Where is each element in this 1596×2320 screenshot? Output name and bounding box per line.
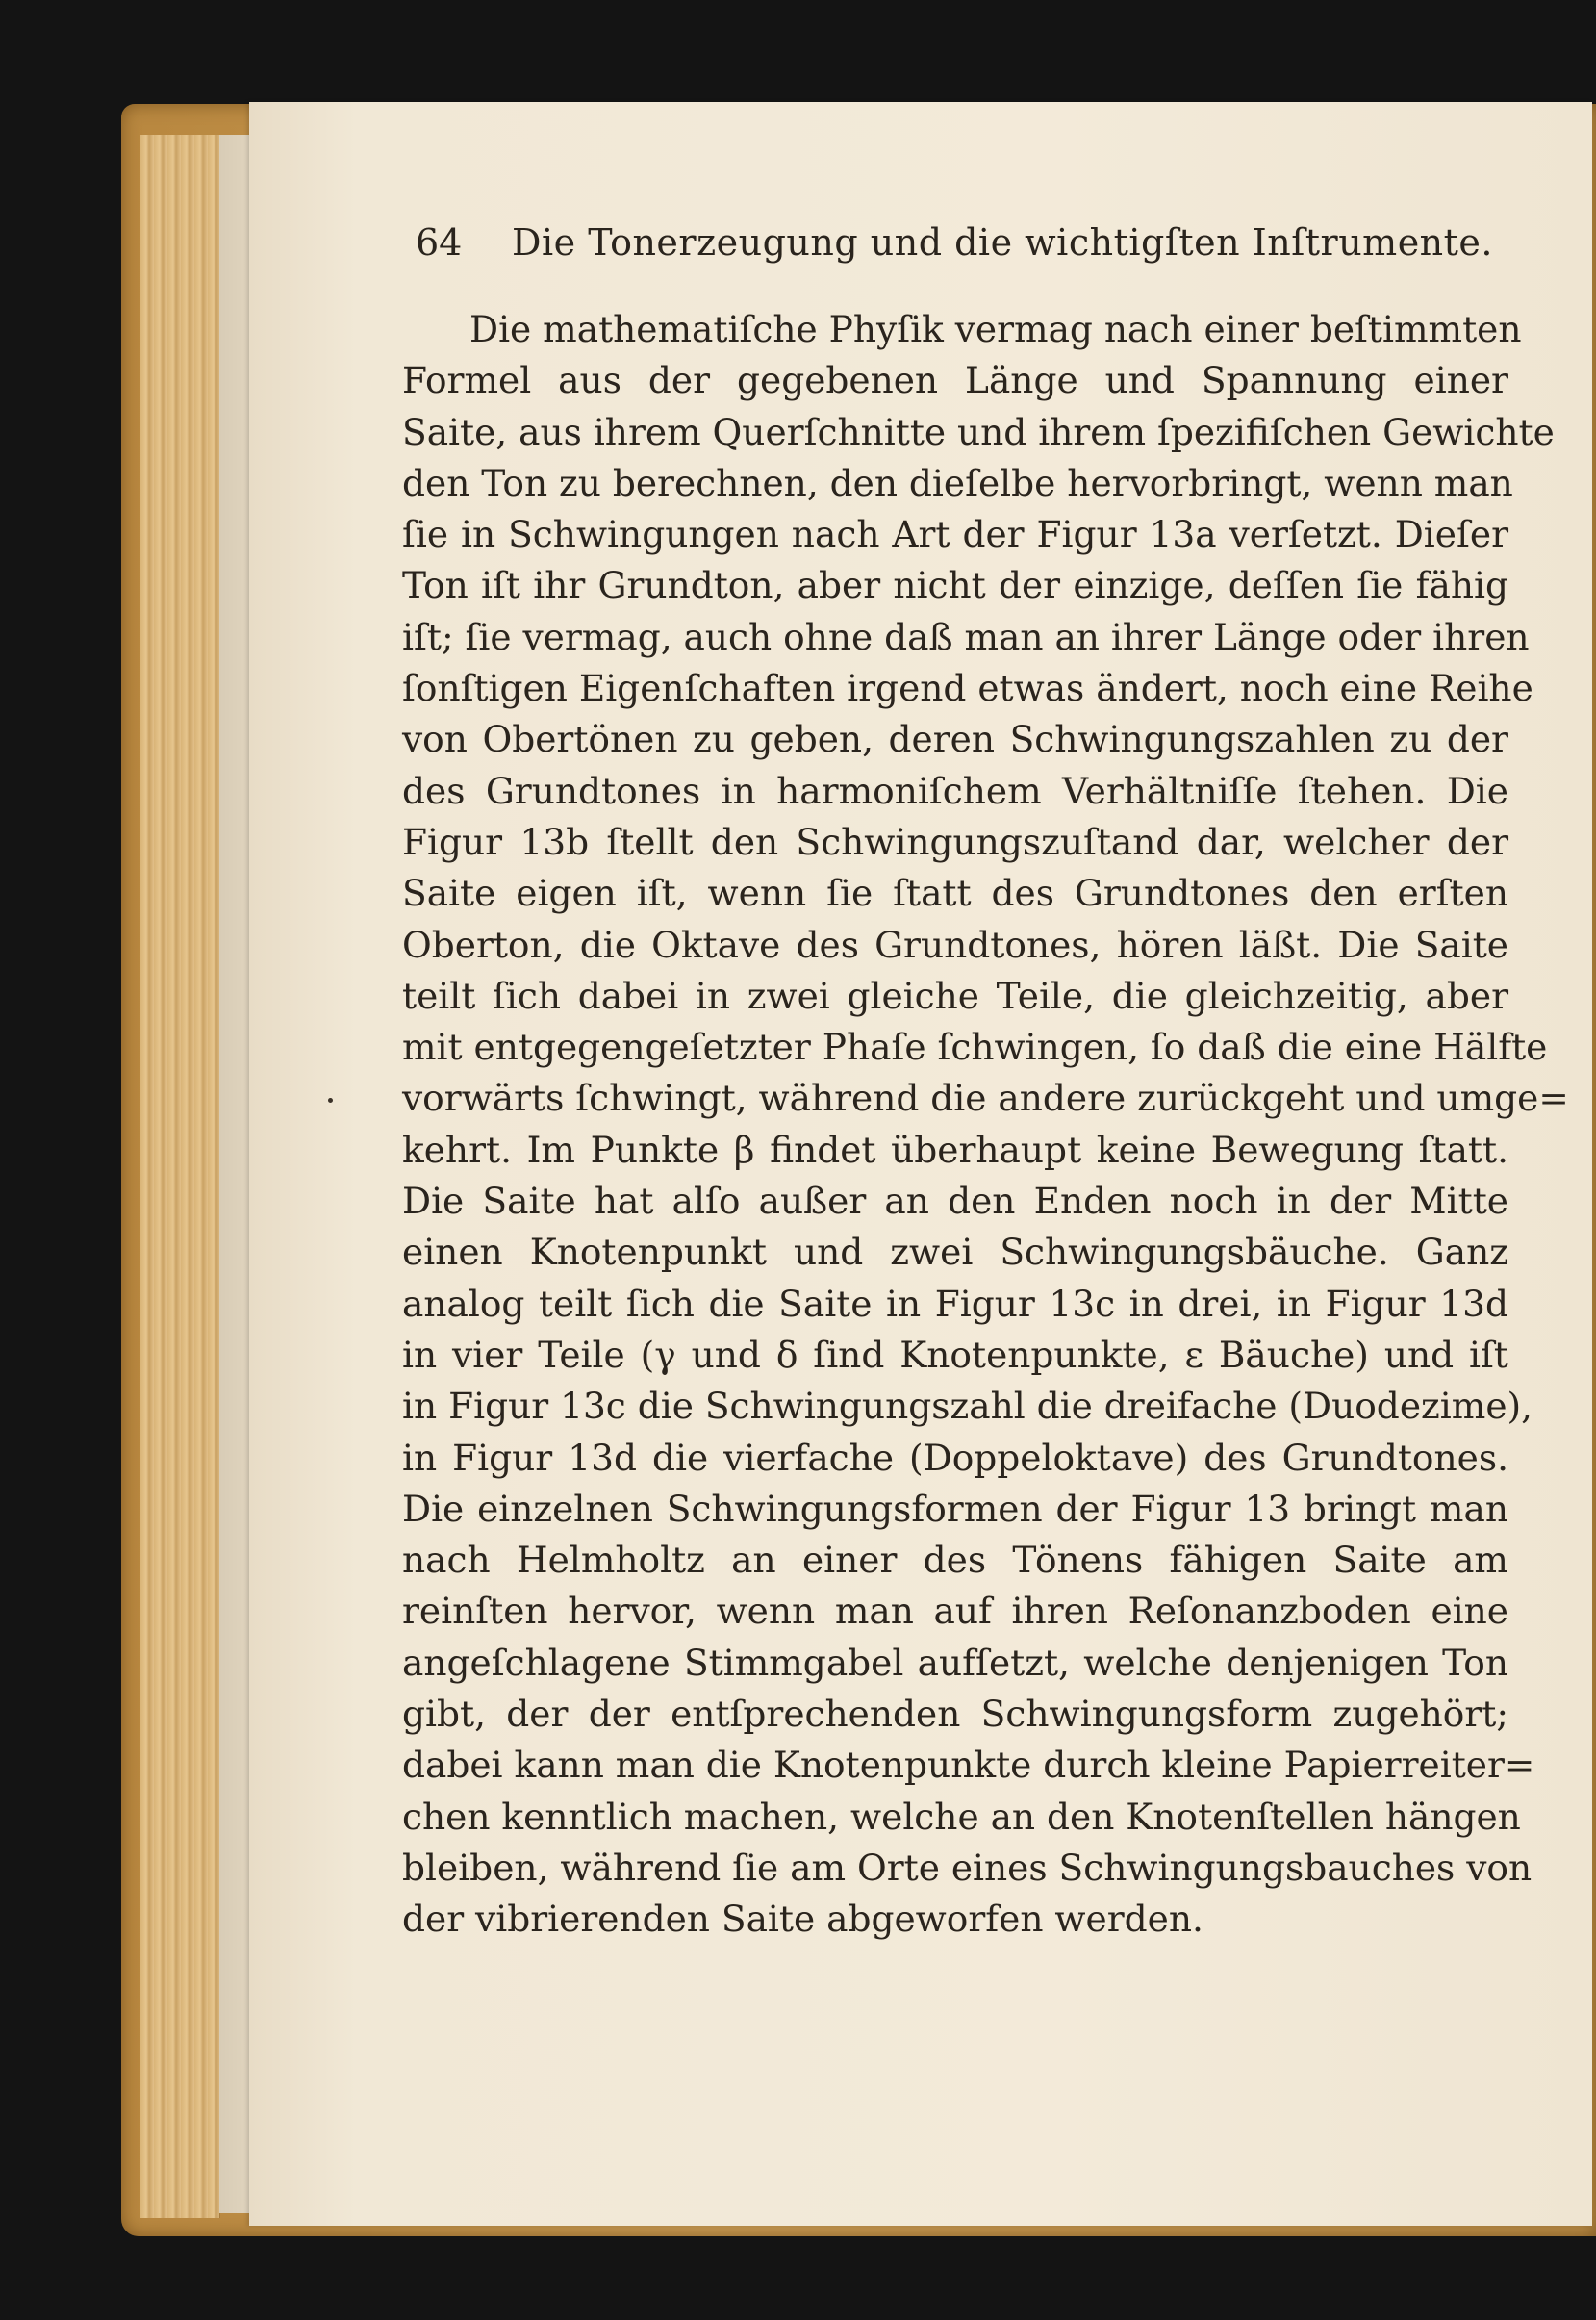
text-line: von Obertönen zu geben, deren Schwingung…	[402, 714, 1508, 765]
text-line: ſonſtigen Eigenſchaften irgend etwas änd…	[402, 663, 1508, 714]
text-line: Ton iſt ihr Grundton, aber nicht der ein…	[402, 560, 1508, 611]
text-line: chen kenntlich machen, welche an den Kno…	[402, 1792, 1508, 1843]
text-line: Oberton, die Oktave des Grundtones, höre…	[402, 920, 1508, 971]
text-line: Figur 13b ſtellt den Schwingungszuſtand …	[402, 817, 1508, 868]
text-line: analog teilt ſich die Saite in Figur 13c…	[402, 1279, 1508, 1330]
text-line: bleiben, während ſie am Orte eines Schwi…	[402, 1843, 1508, 1894]
page-block-edges	[140, 135, 220, 2218]
text-line: einen Knotenpunkt und zwei Schwingungsbä…	[402, 1227, 1508, 1278]
body-paragraph: Die mathematiſche Phyſik vermag nach ein…	[402, 304, 1508, 1946]
text-line: teilt ſich dabei in zwei gleiche Teile, …	[402, 971, 1508, 1022]
text-line: Formel aus der gegebenen Länge und Spann…	[402, 355, 1508, 406]
text-line: Die Saite hat alſo außer an den Enden no…	[402, 1176, 1508, 1227]
text-line: in vier Teile (γ und δ ſind Knotenpunkte…	[402, 1330, 1508, 1381]
text-line: vorwärts ſchwingt, während die andere zu…	[402, 1073, 1508, 1124]
text-line: Die einzelnen Schwingungsformen der Figu…	[402, 1484, 1508, 1535]
text-line: angeſchlagene Stimmgabel aufſetzt, welch…	[402, 1638, 1508, 1689]
page-header: 64 Die Tonerzeugung und die wichtigſten …	[416, 214, 1435, 271]
text-line: reinſten hervor, wenn man auf ihren Reſo…	[402, 1586, 1508, 1637]
text-line: Saite eigen iſt, wenn ſie ſtatt des Grun…	[402, 868, 1508, 919]
text-line: in Figur 13c die Schwingungszahl die dre…	[402, 1381, 1508, 1432]
text-line: ſie in Schwingungen nach Art der Figur 1…	[402, 509, 1508, 560]
text-line: mit entgegengeſetzter Phaſe ſchwingen, ſ…	[402, 1022, 1508, 1073]
text-line: in Figur 13d die vierfache (Doppeloktave…	[402, 1433, 1508, 1484]
margin-mark	[328, 1098, 333, 1103]
page-number: 64	[416, 214, 462, 271]
text-line: den Ton zu berechnen, den dieſelbe hervo…	[402, 458, 1508, 509]
text-line: Saite, aus ihrem Querſchnitte und ihrem …	[402, 407, 1508, 458]
text-line: dabei kann man die Knotenpunkte durch kl…	[402, 1740, 1508, 1791]
text-line: iſt; ſie vermag, auch ohne daß man an ih…	[402, 612, 1508, 663]
text-line: nach Helmholtz an einer des Tönens fähig…	[402, 1535, 1508, 1586]
text-line: gibt, der der entſprechenden Schwingungs…	[402, 1689, 1508, 1740]
text-line: Die mathematiſche Phyſik vermag nach ein…	[402, 304, 1508, 355]
text-line: der vibrierenden Saite abgeworfen werden…	[402, 1894, 1508, 1945]
text-line: kehrt. Im Punkte β findet überhaupt kein…	[402, 1125, 1508, 1176]
running-title: Die Tonerzeugung und die wichtigſten Inſ…	[512, 214, 1493, 271]
text-line: des Grundtones in harmoniſchem Verhältni…	[402, 766, 1508, 817]
